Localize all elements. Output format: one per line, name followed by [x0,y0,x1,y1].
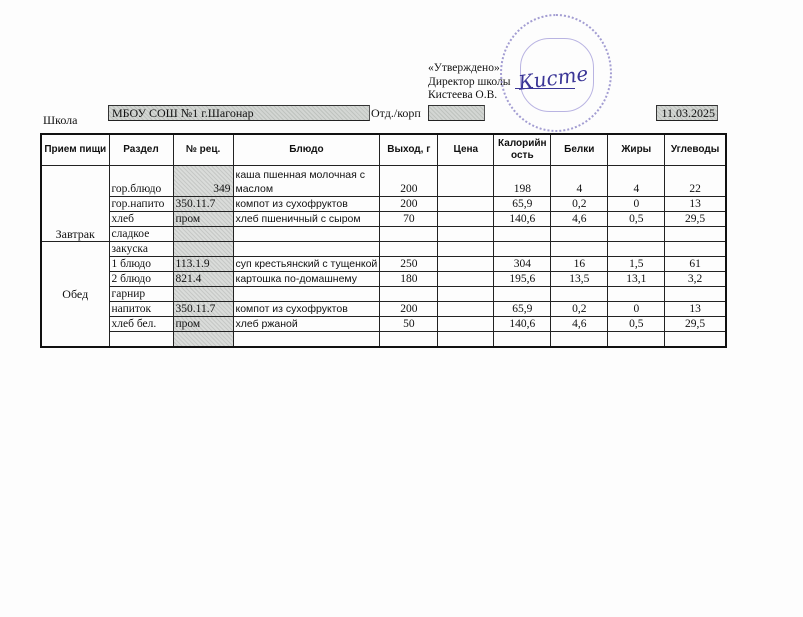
dish-cell: каша пшенная молочная с маслом [233,166,380,197]
fat-cell: 13,1 [608,272,665,287]
dish-cell [233,287,380,302]
yield-cell: 50 [380,317,438,332]
protein-cell [551,227,608,242]
kcal-cell: 195,6 [494,272,551,287]
table-row: Завтракгор.блюдо349каша пшенная молочная… [41,166,726,197]
recipe-cell [173,332,233,348]
kcal-cell: 65,9 [494,197,551,212]
col-meal: Прием пищи [41,134,109,166]
price-cell [438,302,494,317]
yield-cell: 200 [380,166,438,197]
section-cell: закуска [109,242,173,257]
carbs-cell: 22 [665,166,726,197]
yield-cell: 250 [380,257,438,272]
kcal-cell: 65,9 [494,302,551,317]
protein-cell: 16 [551,257,608,272]
col-kcal: Калорийн ость [494,134,551,166]
kcal-cell: 304 [494,257,551,272]
recipe-cell: 349 [173,166,233,197]
price-cell [438,227,494,242]
kcal-cell [494,227,551,242]
meal-cell: Завтрак [41,166,109,242]
dish-cell: картошка по-домашнему [233,272,380,287]
section-cell: 1 блюдо [109,257,173,272]
col-price: Цена [438,134,494,166]
section-cell: напиток [109,302,173,317]
price-cell [438,272,494,287]
carbs-cell [665,242,726,257]
table-row: Обедзакуска [41,242,726,257]
dish-cell [233,227,380,242]
recipe-cell: пром [173,317,233,332]
yield-cell [380,242,438,257]
carbs-cell: 61 [665,257,726,272]
kcal-cell [494,287,551,302]
approval-line-name: Кистеева О.В. [428,88,497,102]
price-cell [438,317,494,332]
recipe-cell: пром [173,212,233,227]
price-cell [438,287,494,302]
table-row: 2 блюдо821.4картошка по-домашнему180195,… [41,272,726,287]
carbs-cell: 3,2 [665,272,726,287]
table-row [41,332,726,348]
fat-cell: 1,5 [608,257,665,272]
table-row: гарнир [41,287,726,302]
table-row: гор.напито350.11.7компот из сухофруктов2… [41,197,726,212]
fat-cell [608,332,665,348]
carbs-cell: 13 [665,302,726,317]
date-field[interactable]: 11.03.2025 [656,105,718,121]
section-cell: сладкое [109,227,173,242]
yield-cell [380,287,438,302]
yield-cell [380,227,438,242]
section-cell: гор.напито [109,197,173,212]
protein-cell: 13,5 [551,272,608,287]
carbs-cell [665,227,726,242]
price-cell [438,257,494,272]
carbs-cell: 29,5 [665,317,726,332]
recipe-cell [173,242,233,257]
price-cell [438,242,494,257]
yield-cell [380,332,438,348]
dept-label: Отд./корп [371,106,421,121]
approval-line-director: Директор школы [428,75,510,89]
dish-cell [233,242,380,257]
recipe-cell [173,287,233,302]
col-recipe: № рец. [173,134,233,166]
dept-field[interactable] [428,105,485,121]
recipe-cell [173,227,233,242]
price-cell [438,212,494,227]
yield-cell: 180 [380,272,438,287]
protein-cell: 4,6 [551,212,608,227]
section-cell: хлеб бел. [109,317,173,332]
dish-cell [233,332,380,348]
col-section: Раздел [109,134,173,166]
approval-line-approved: «Утверждено» [428,61,500,75]
protein-cell: 4 [551,166,608,197]
table-row: хлеб бел.промхлеб ржаной50140,64,60,529,… [41,317,726,332]
price-cell [438,166,494,197]
signature-line [515,88,575,89]
protein-cell: 4,6 [551,317,608,332]
carbs-cell [665,332,726,348]
section-cell: гор.блюдо [109,166,173,197]
school-label: Школа [43,113,77,128]
table-row: сладкое [41,227,726,242]
carbs-cell: 13 [665,197,726,212]
col-yield: Выход, г [380,134,438,166]
col-carbs: Углеводы [665,134,726,166]
fat-cell [608,227,665,242]
col-fat: Жиры [608,134,665,166]
yield-cell: 200 [380,197,438,212]
fat-cell: 4 [608,166,665,197]
protein-cell [551,242,608,257]
fat-cell [608,287,665,302]
table-row: напиток350.11.7компот из сухофруктов2006… [41,302,726,317]
section-cell: 2 блюдо [109,272,173,287]
kcal-cell: 140,6 [494,317,551,332]
col-protein: Белки [551,134,608,166]
protein-cell: 0,2 [551,197,608,212]
dish-cell: хлеб ржаной [233,317,380,332]
yield-cell: 200 [380,302,438,317]
recipe-cell: 350.11.7 [173,302,233,317]
kcal-cell [494,332,551,348]
fat-cell: 0 [608,197,665,212]
recipe-cell: 113.1.9 [173,257,233,272]
menu-table: Прием пищи Раздел № рец. Блюдо Выход, г … [40,133,727,348]
price-cell [438,197,494,212]
section-cell: гарнир [109,287,173,302]
table-row: хлебпромхлеб пшеничный с сыром70140,64,6… [41,212,726,227]
protein-cell [551,287,608,302]
col-dish: Блюдо [233,134,380,166]
dish-cell: хлеб пшеничный с сыром [233,212,380,227]
yield-cell: 70 [380,212,438,227]
table-row: 1 блюдо113.1.9суп крестьянский с тущенко… [41,257,726,272]
protein-cell: 0,2 [551,302,608,317]
fat-cell: 0,5 [608,317,665,332]
price-cell [438,332,494,348]
section-cell: хлеб [109,212,173,227]
kcal-cell [494,242,551,257]
fat-cell: 0 [608,302,665,317]
school-field[interactable]: МБОУ СОШ №1 г.Шагонар [108,105,370,121]
meal-cell: Обед [41,242,109,348]
carbs-cell [665,287,726,302]
dish-cell: компот из сухофруктов [233,302,380,317]
carbs-cell: 29,5 [665,212,726,227]
kcal-cell: 198 [494,166,551,197]
section-cell [109,332,173,348]
protein-cell [551,332,608,348]
dish-cell: суп крестьянский с тущенкой [233,257,380,272]
recipe-cell: 821.4 [173,272,233,287]
dish-cell: компот из сухофруктов [233,197,380,212]
recipe-cell: 350.11.7 [173,197,233,212]
kcal-cell: 140,6 [494,212,551,227]
fat-cell [608,242,665,257]
table-header-row: Прием пищи Раздел № рец. Блюдо Выход, г … [41,134,726,166]
fat-cell: 0,5 [608,212,665,227]
